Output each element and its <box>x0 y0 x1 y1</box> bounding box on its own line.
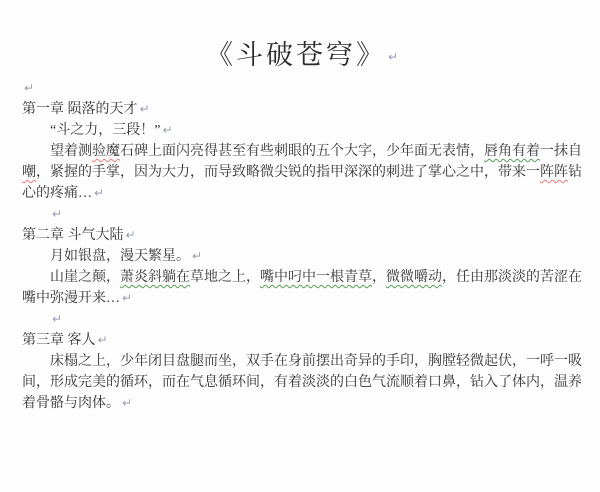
chapter-heading: 第一章 陨落的天才↵ <box>22 99 582 120</box>
text-line: 月如银盘，漫天繁星。↵ <box>22 246 582 267</box>
text-line: 床榻之上，少年闭目盘腿而坐，双手在身前摆出奇异的手印，胸膛轻微起伏，一呼一吸 <box>22 351 582 372</box>
text-segment: 床榻之上，少年闭目盘腿而坐，双手在身前摆出奇异的手印，胸膛轻微起伏，一呼一吸 <box>50 354 582 369</box>
grammar-flagged-text: 萧炎斜躺在 <box>120 270 190 285</box>
text-line: 嘲，紧握的手掌，因为大力，而导致略微尖锐的指甲深深的刺进了掌心之中，带来一阵阵钻 <box>22 162 582 183</box>
text-line: “斗之力，三段！”↵ <box>22 120 582 141</box>
text-segment: 第一章 陨落的天才 <box>22 102 138 117</box>
text-segment: 间，形成完美的循环，而在气息循环间，有着淡淡的白色气流顺着口鼻，钻入了体内，温养 <box>22 375 582 390</box>
text-segment: ，紧握的手掌，因为大力，而导致略微尖锐的指甲深深的刺进了掌心之中，带来一 <box>36 165 540 180</box>
text-segment: 钻 <box>568 165 582 180</box>
document-page[interactable]: 《斗破苍穹》↵ ↵第一章 陨落的天才↵“斗之力，三段！”↵望着测验魔石碑上面闪亮… <box>0 0 600 492</box>
pilcrow-mark: ↵ <box>122 396 132 410</box>
document-body: ↵第一章 陨落的天才↵“斗之力，三段！”↵望着测验魔石碑上面闪亮得甚至有些刺眼的… <box>22 78 582 414</box>
text-line: 心的疼痛…↵ <box>22 183 582 204</box>
pilcrow-mark: ↵ <box>122 291 132 305</box>
pilcrow-mark: ↵ <box>162 123 172 137</box>
text-segment: ， <box>372 270 386 285</box>
chapter-heading: 第三章 客人↵ <box>22 330 582 351</box>
pilcrow-mark: ↵ <box>52 207 62 221</box>
spellcheck-flagged-text: 嘲 <box>22 165 36 180</box>
text-segment: 月如银盘，漫天繁星。 <box>50 249 190 264</box>
text-segment: 石碑上面闪亮得甚至有些刺眼的五个大字，少年面无表情， <box>120 144 484 159</box>
pilcrow-mark: ↵ <box>126 228 136 242</box>
document-title-text: 《斗破苍穹》 <box>206 40 386 70</box>
empty-line: ↵ <box>22 78 582 99</box>
empty-line: ↵ <box>22 204 582 225</box>
text-segment: 望着测 <box>50 144 92 159</box>
pilcrow-mark: ↵ <box>192 249 202 263</box>
chapter-heading: 第二章 斗气大陆↵ <box>22 225 582 246</box>
spellcheck-flagged-text: 阵阵 <box>540 165 568 180</box>
spellcheck-flagged-text: 验魔 <box>92 144 120 159</box>
grammar-flagged-text: 嘴中叼中一根青草 <box>260 270 372 285</box>
text-segment: 山崖之颠， <box>50 270 120 285</box>
text-segment: 第二章 斗气大陆 <box>22 228 124 243</box>
text-segment: 着骨骼与肉体。 <box>22 396 120 411</box>
grammar-flagged-text: 唇角有着 <box>484 144 540 159</box>
text-line: 望着测验魔石碑上面闪亮得甚至有些刺眼的五个大字，少年面无表情，唇角有着一抹自 <box>22 141 582 162</box>
pilcrow-mark: ↵ <box>140 102 150 116</box>
text-segment: ，任由那淡淡的苦涩在 <box>442 270 582 285</box>
text-segment: 心的疼痛… <box>22 186 92 201</box>
pilcrow-mark: ↵ <box>94 186 104 200</box>
text-segment: 嘴中弥漫开来… <box>22 291 120 306</box>
text-line: 间，形成完美的循环，而在气息循环间，有着淡淡的白色气流顺着口鼻，钻入了体内，温养 <box>22 372 582 393</box>
text-line: 着骨骼与肉体。↵ <box>22 393 582 414</box>
pilcrow-mark: ↵ <box>24 81 34 95</box>
pilcrow-mark: ↵ <box>388 50 398 64</box>
empty-line: ↵ <box>22 309 582 330</box>
text-segment: “斗之力，三段！” <box>50 123 160 138</box>
text-line: 山崖之颠，萧炎斜躺在草地之上，嘴中叼中一根青草，微微嚼动，任由那淡淡的苦涩在 <box>22 267 582 288</box>
text-segment: 草地之上， <box>190 270 260 285</box>
document-title: 《斗破苍穹》↵ <box>22 38 582 76</box>
pilcrow-mark: ↵ <box>98 333 108 347</box>
text-segment: 一抹自 <box>540 144 582 159</box>
text-segment: 第三章 客人 <box>22 333 96 348</box>
text-line: 嘴中弥漫开来…↵ <box>22 288 582 309</box>
grammar-flagged-text: 微微嚼动 <box>386 270 442 285</box>
pilcrow-mark: ↵ <box>52 312 62 326</box>
